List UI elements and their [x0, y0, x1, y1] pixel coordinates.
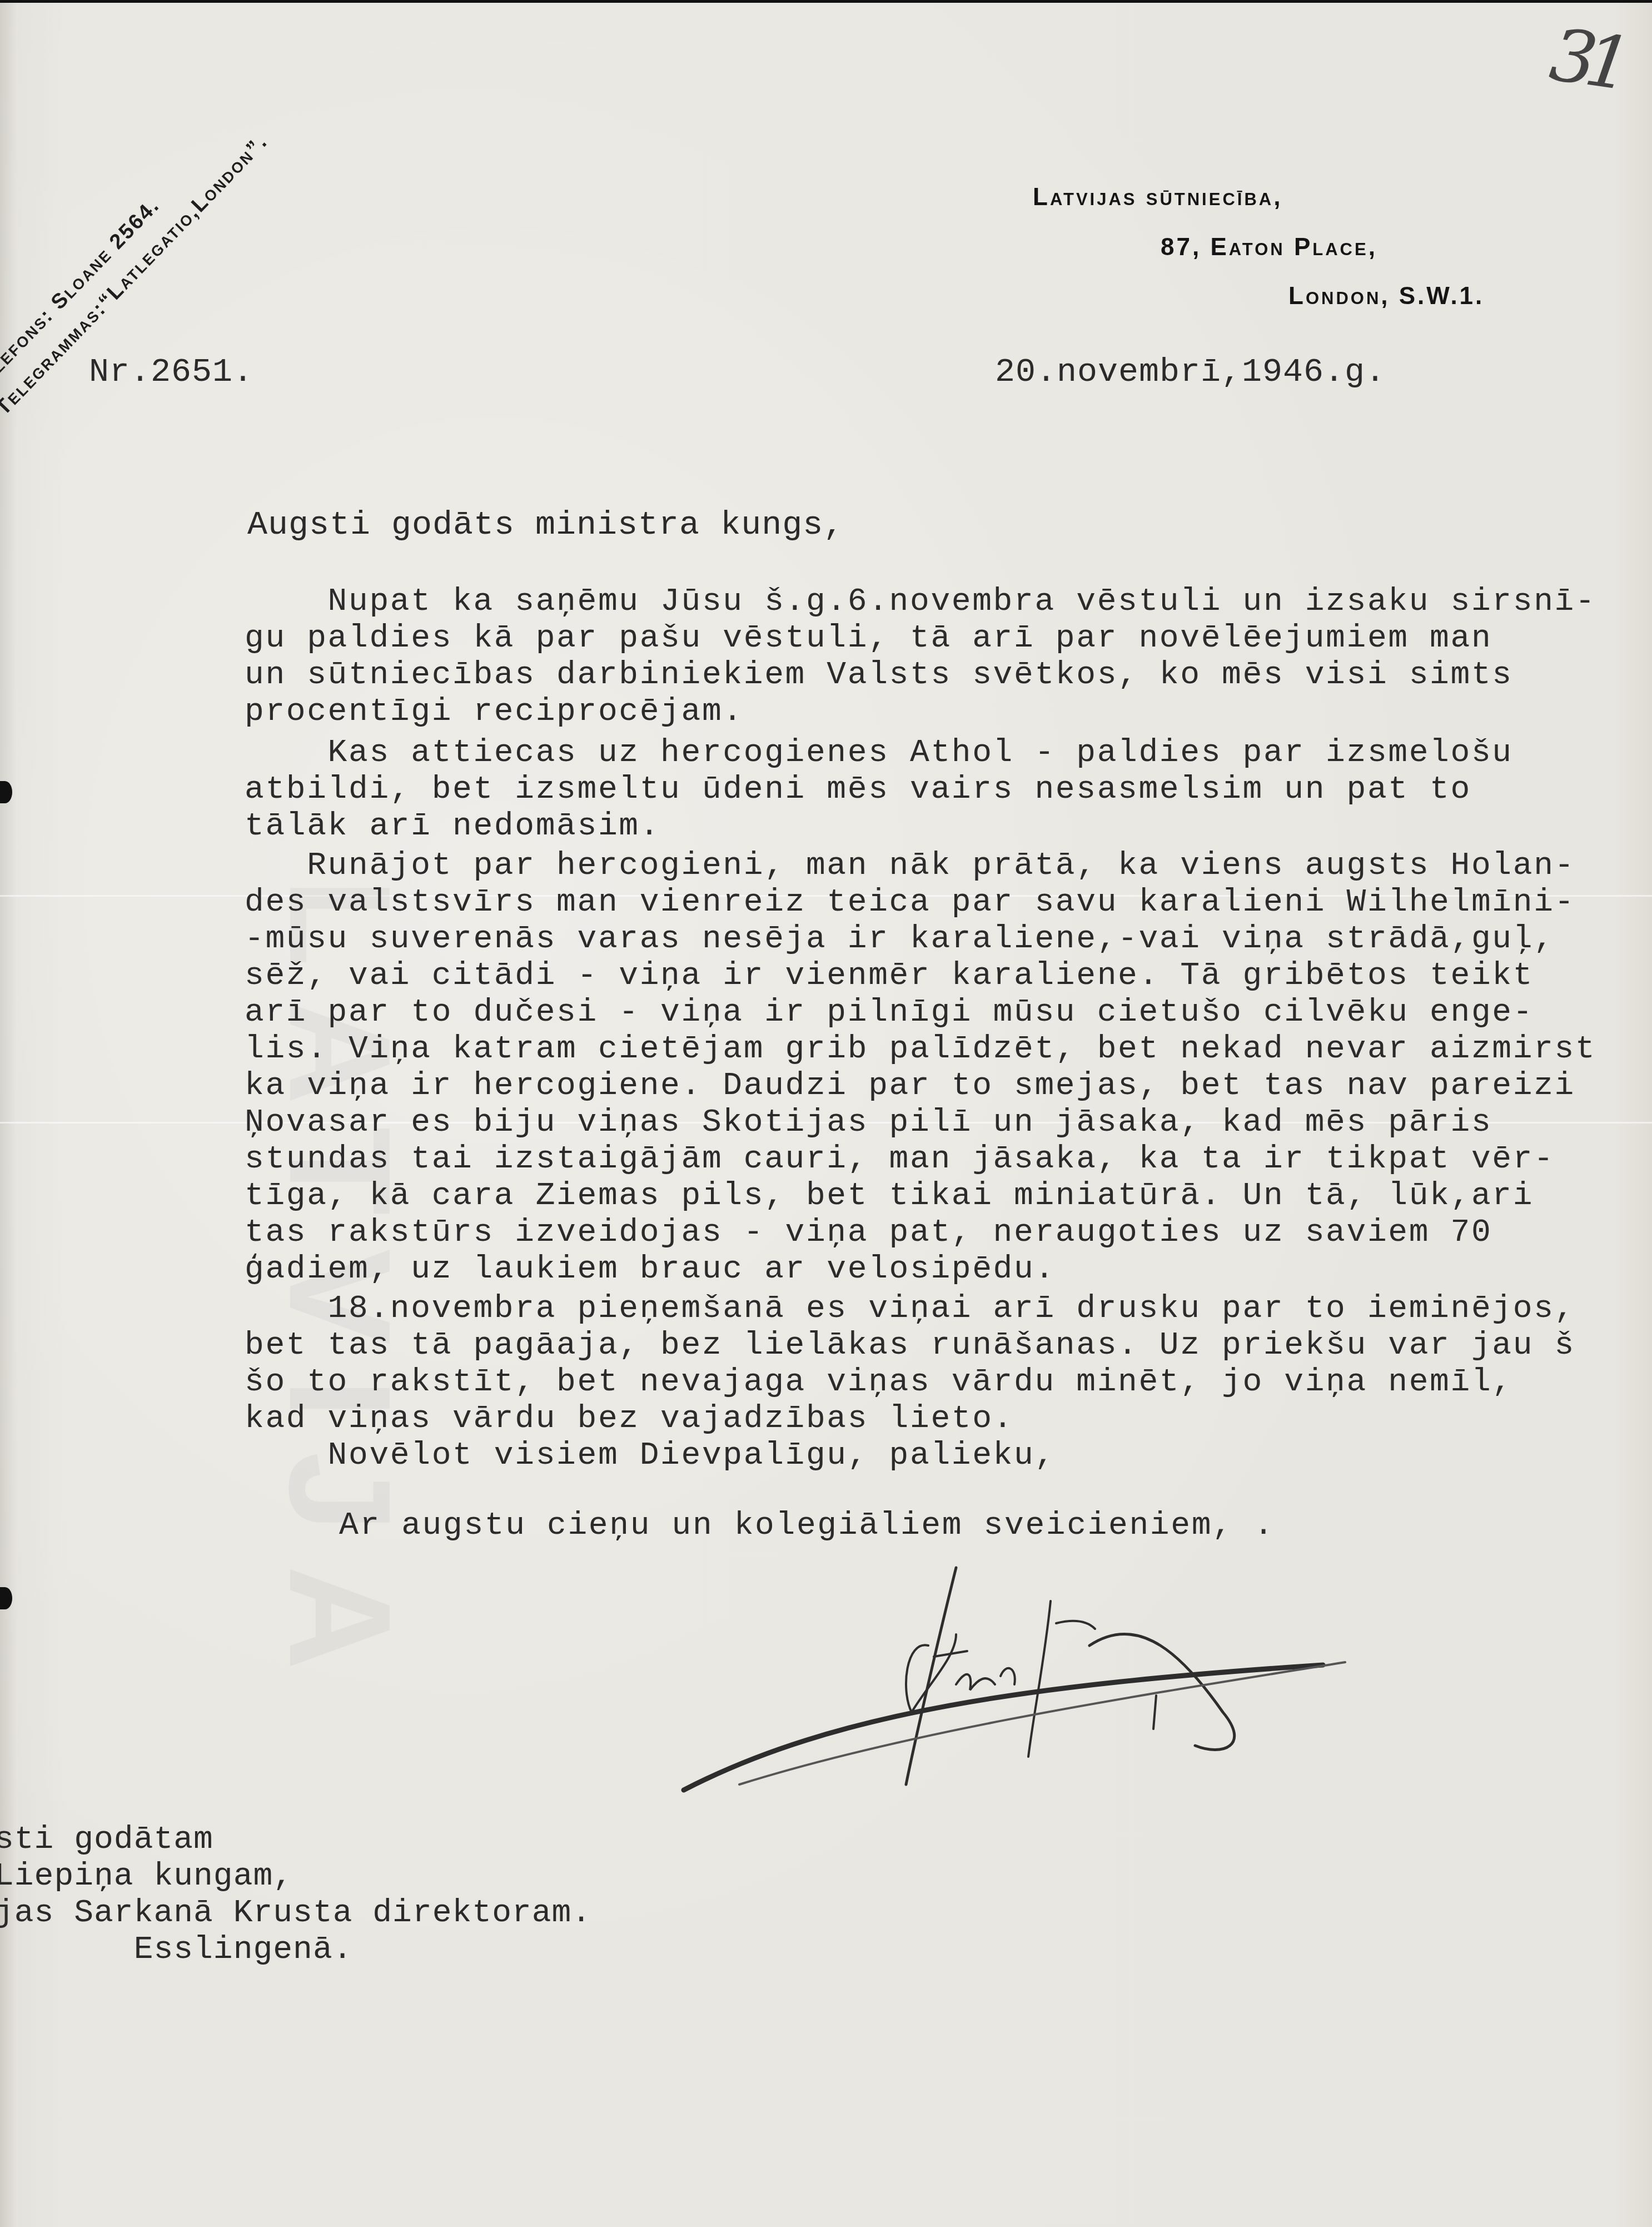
body-line: sēž, vai citādi - viņa ir vienmēr karali… [245, 958, 1534, 994]
body-line: tas rakstūrs izveidojas - viņa pat, nera… [245, 1215, 1492, 1251]
body-line: -mūsu suverenās varas nesēja ir karalien… [245, 921, 1555, 957]
body-line: gu paldies kā par pašu vēstuli, tā arī p… [245, 620, 1492, 657]
body-line: Nupat ka saņēmu Jūsu š.g.6.novembra vēst… [245, 584, 1596, 620]
body-line: lis. Viņa katram cietējam grib palīdzēt,… [245, 1031, 1596, 1067]
handwritten-signature: Kārlis Zariņš [667, 1545, 1584, 1796]
punch-hole-mark [0, 781, 12, 803]
body-line: kad viņas vārdu bez vajadzības lieto. [245, 1401, 1014, 1437]
letter-date: 20.novembrī,1946.g. [995, 356, 1386, 389]
letterhead-city: London, S.W.1. [1288, 282, 1484, 310]
letter-page: LATVIJA Telefons: Sloane 2564. Telegramm… [0, 0, 1652, 2227]
body-line: des valstsvīrs man vienreiz teica par sa… [245, 884, 1575, 921]
salutation: Augsti godāts ministra kungs, [247, 509, 844, 542]
body-line: šo to rakstīt, bet nevajaga viņas vārdu … [245, 1364, 1513, 1400]
body-line: ģadiem, uz laukiem brauc ar velosipēdu. [245, 1251, 1056, 1288]
letterhead-legation: Latvijas sūtniecība, [1033, 183, 1282, 211]
body-line: Kas attiecas uz hercogienes Athol - pald… [245, 735, 1513, 771]
body-line: ka viņa ir hercogiene. Daudzi par to sme… [245, 1068, 1575, 1104]
body-line: procentīgi reciprocējam. [245, 694, 744, 730]
body-line: 18.novembra pieņemšanā es viņai arī drus… [245, 1291, 1575, 1327]
punch-hole-mark [0, 1587, 12, 1609]
body-line: un sūtniecības darbiniekiem Valsts svētk… [245, 657, 1513, 693]
recipient-line: jas Sarkanā Krusta direktoram. [0, 1897, 591, 1930]
body-line: tālāk arī nedomāsim. [245, 808, 660, 844]
body-line: atbildi, bet izsmeltu ūdeni mēs vairs ne… [245, 772, 1471, 808]
scan-top-border [0, 0, 1652, 3]
body-line: tīga, kā cara Ziemas pils, bet tikai min… [245, 1178, 1534, 1214]
body-line: arī par to dučesi - viņa ir pilnīgi mūsu… [245, 995, 1534, 1031]
recipient-line: Esslingenā. [0, 1933, 353, 1967]
recipient-line: Liepiņa kungam, [0, 1860, 293, 1893]
body-line: Ņovasar es biju viņas Skotijas pilī un j… [245, 1105, 1492, 1141]
body-line: stundas tai izstaigājām cauri, man jāsak… [245, 1141, 1555, 1177]
archive-page-number: 31 [1545, 12, 1626, 106]
body-line: Novēlot visiem Dievpalīgu, palieku, [245, 1438, 1056, 1474]
recipient-line: sti godātam [0, 1823, 213, 1857]
body-line: bet tas tā pagāaja, bez lielākas runāšan… [245, 1328, 1575, 1364]
closing-line: Ar augstu cieņu un kolegiāliem sveicieni… [339, 1508, 1275, 1544]
letterhead-street: 87, Eaton Place, [1161, 233, 1377, 261]
body-line: Runājot par hercogieni, man nāk prātā, k… [245, 848, 1575, 884]
reference-number: Nr.2651. [89, 356, 253, 389]
